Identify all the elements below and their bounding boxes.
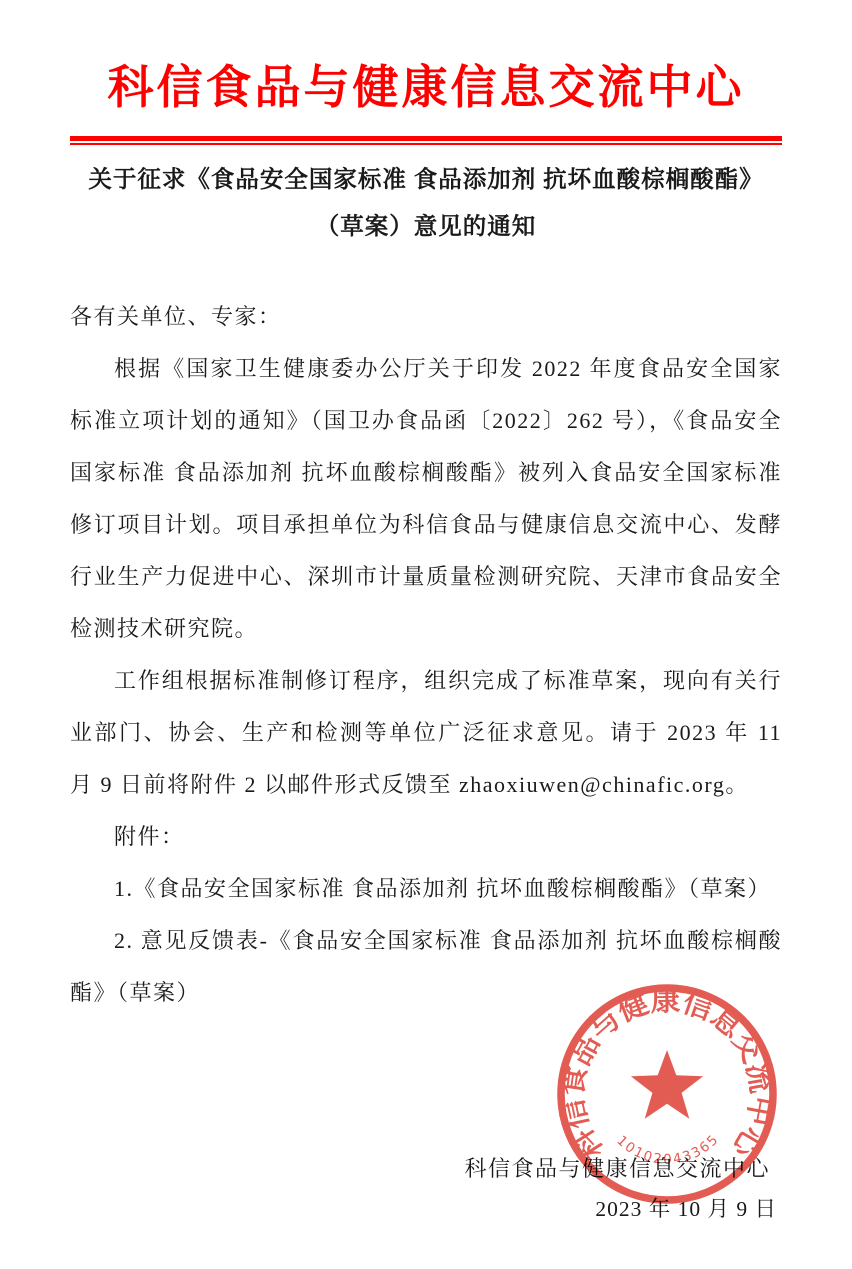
doc-title-line1: 关于征求《食品安全国家标准 食品添加剂 抗坏血酸棕榈酸酯》 <box>70 157 782 204</box>
notice-body: 各有关单位、专家： 根据《国家卫生健康委办公厅关于印发 2022 年度食品安全国… <box>70 291 782 1019</box>
signature-date: 2023 年 10 月 9 日 <box>70 1189 782 1229</box>
attachments-label: 附件： <box>70 811 782 863</box>
doc-title-line2: （草案）意见的通知 <box>70 204 782 251</box>
body-paragraph-1: 根据《国家卫生健康委办公厅关于印发 2022 年度食品安全国家标准立项计划的通知… <box>70 343 782 655</box>
signature-org: 科信食品与健康信息交流中心 <box>70 1149 782 1189</box>
notice-page: 科信食品与健康信息交流中心 关于征求《食品安全国家标准 食品添加剂 抗坏血酸棕榈… <box>0 0 852 1269</box>
letterhead-org-name: 科信食品与健康信息交流中心 <box>70 0 782 116</box>
page-content: 科信食品与健康信息交流中心 关于征求《食品安全国家标准 食品添加剂 抗坏血酸棕榈… <box>0 0 852 1229</box>
divider-thin-line <box>70 143 782 145</box>
letterhead-divider <box>70 136 782 145</box>
attachment-item-1: 1.《食品安全国家标准 食品添加剂 抗坏血酸棕榈酸酯》（草案） <box>70 863 782 915</box>
body-paragraph-2: 工作组根据标准制修订程序，组织完成了标准草案，现向有关行业部门、协会、生产和检测… <box>70 655 782 811</box>
divider-thick-line <box>70 136 782 141</box>
attachment-item-2: 2. 意见反馈表-《食品安全国家标准 食品添加剂 抗坏血酸棕榈酸酯》（草案） <box>70 915 782 1019</box>
doc-title: 关于征求《食品安全国家标准 食品添加剂 抗坏血酸棕榈酸酯》 （草案）意见的通知 <box>70 157 782 251</box>
salutation: 各有关单位、专家： <box>70 291 782 343</box>
